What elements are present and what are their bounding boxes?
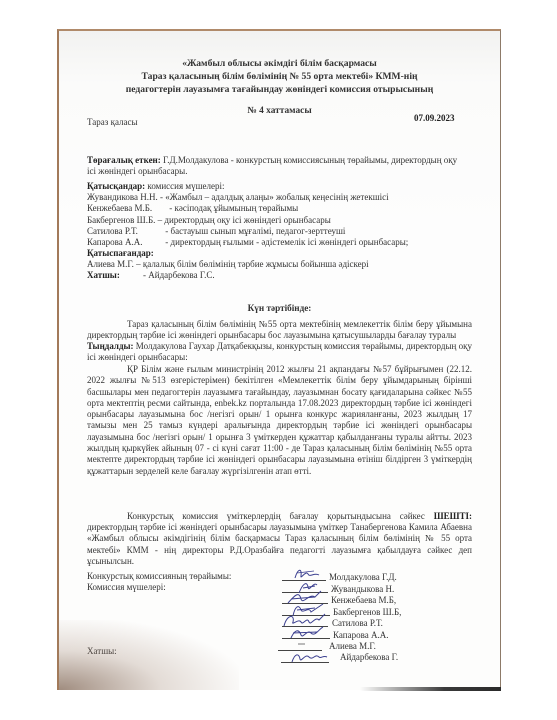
signatory-name: Кенжебаева М.Б, — [331, 595, 396, 605]
member-role: – директордың оқу ісі жөніндегі орынбаса… — [158, 215, 331, 225]
member-name: Жувандикова Н.Н. — [87, 192, 158, 202]
heard-label: Тыңдалды: — [87, 341, 134, 351]
agenda-title: Күн тәртібінде: — [59, 303, 500, 313]
member-role: - кәсіподақ ұйымының төрайымы — [169, 203, 298, 213]
chair-label: Төрағалық еткен: — [87, 155, 161, 165]
page-bottom-shadow — [360, 687, 501, 691]
member-row: Капарова А.А. - директордың ғылыми - әді… — [87, 237, 408, 248]
signatory-name: Бакбергенов Ш.Б, — [333, 607, 401, 617]
header-line-2: Тараз қаласының білім бөлімінің № 55 орт… — [59, 71, 500, 82]
agenda-text: Тараз қаласының білім бөлімінің №55 орта… — [87, 319, 472, 341]
signatory-name: Сатилова Р.Т. — [332, 618, 383, 628]
participants-heading: Қатысқандар: комиссия мүшелері: — [87, 181, 224, 192]
signatory-name: Капарова А.А. — [333, 630, 388, 640]
absent-label: Қатыспағандар: — [87, 248, 154, 259]
signatory-name: Молдакулова Г.Д. — [329, 572, 397, 582]
member-row: Сатилова Р.Т. - бастауыш сынып мұғалімі,… — [87, 226, 345, 237]
participants-label: Қатысқандар: — [87, 181, 145, 191]
member-name: Капарова А.А. — [87, 237, 163, 248]
signatory-name: Жувандыкова Н. — [331, 584, 394, 594]
heard-text: Молдакулова Гаухар Датқабекқызы, конкурс… — [87, 341, 472, 362]
decision-text-after: директордың тәрбие ісі жөніндегі орынбас… — [87, 522, 472, 566]
secretary-text: - Айдарбекова Г.С. — [143, 270, 215, 280]
member-role: - директордың ғылыми - әдістемелік ісі ж… — [165, 237, 408, 247]
city: Тараз қаласы — [87, 117, 138, 128]
decision-label: ШЕШТІ: — [434, 511, 472, 521]
secretary-signature-label: Хатшы: — [87, 646, 117, 657]
body-paragraph: ҚР Білім және ғылым министрінің 2012 жыл… — [87, 364, 472, 477]
participants-sublabel: комиссия мүшелері: — [145, 181, 224, 191]
heard-paragraph: Тыңдалды: Молдакулова Гаухар Датқабекқыз… — [87, 341, 472, 363]
member-name: Сатилова Р.Т. — [87, 226, 163, 237]
secretary-label: Хатшы: — [87, 270, 143, 281]
signatory-name: Алиева М.Г. — [329, 641, 376, 651]
header-line-1: «Жамбыл облысы әкімдігі білім басқармасы — [59, 58, 500, 69]
absent-text: Алиева М.Г. – қалалық білім бөлімінің тә… — [87, 259, 369, 270]
signature-kaparova — [287, 625, 327, 641]
document-page: «Жамбыл облысы әкімдігі білім басқармасы… — [57, 29, 501, 690]
member-role: - бастауыш сынып мұғалімі, педагог-зертт… — [165, 226, 345, 236]
decision-text-before: Конкурстық комиссия үміткерлердің бағала… — [127, 511, 434, 521]
member-role: - «Жамбыл – адалдық алаңы» жобалық кеңес… — [160, 192, 389, 202]
signature-aidarbekova — [289, 649, 329, 665]
signature-alieva — [297, 642, 307, 646]
member-name: Кенжебаева М.Б. — [87, 203, 167, 214]
decision-paragraph: Конкурстық комиссия үміткерлердің бағала… — [87, 511, 472, 567]
header-line-3: педагогтерін лауазымға тағайындау жөнінд… — [59, 84, 500, 95]
member-row: Кенжебаева М.Б. - кәсіподақ ұйымының төр… — [87, 203, 298, 214]
members-signature-label: Комиссия мүшелері: — [87, 582, 166, 593]
chair-signature-label: Конкурстық комиссияның төрайымы: — [87, 571, 231, 582]
signatory-name: Айдарбекова Г. — [340, 652, 398, 662]
member-row: Жувандикова Н.Н. - «Жамбыл – адалдық ала… — [87, 192, 389, 203]
chair-text-cont: ісі жөніндегі орынбасары. — [87, 166, 187, 177]
secretary-line: Хатшы:- Айдарбекова Г.С. — [87, 270, 215, 281]
protocol-date: 07.09.2023 — [414, 113, 455, 124]
member-name: Бакбергенов Ш.Б. — [87, 215, 155, 225]
chair-text: Г.Д.Молдакулова - конкурстың комиссиясын… — [161, 155, 457, 165]
member-row: Бакбергенов Ш.Б. – директордың оқу ісі ж… — [87, 215, 331, 226]
chair-line: Төрағалық еткен: Г.Д.Молдакулова - конку… — [87, 155, 457, 166]
